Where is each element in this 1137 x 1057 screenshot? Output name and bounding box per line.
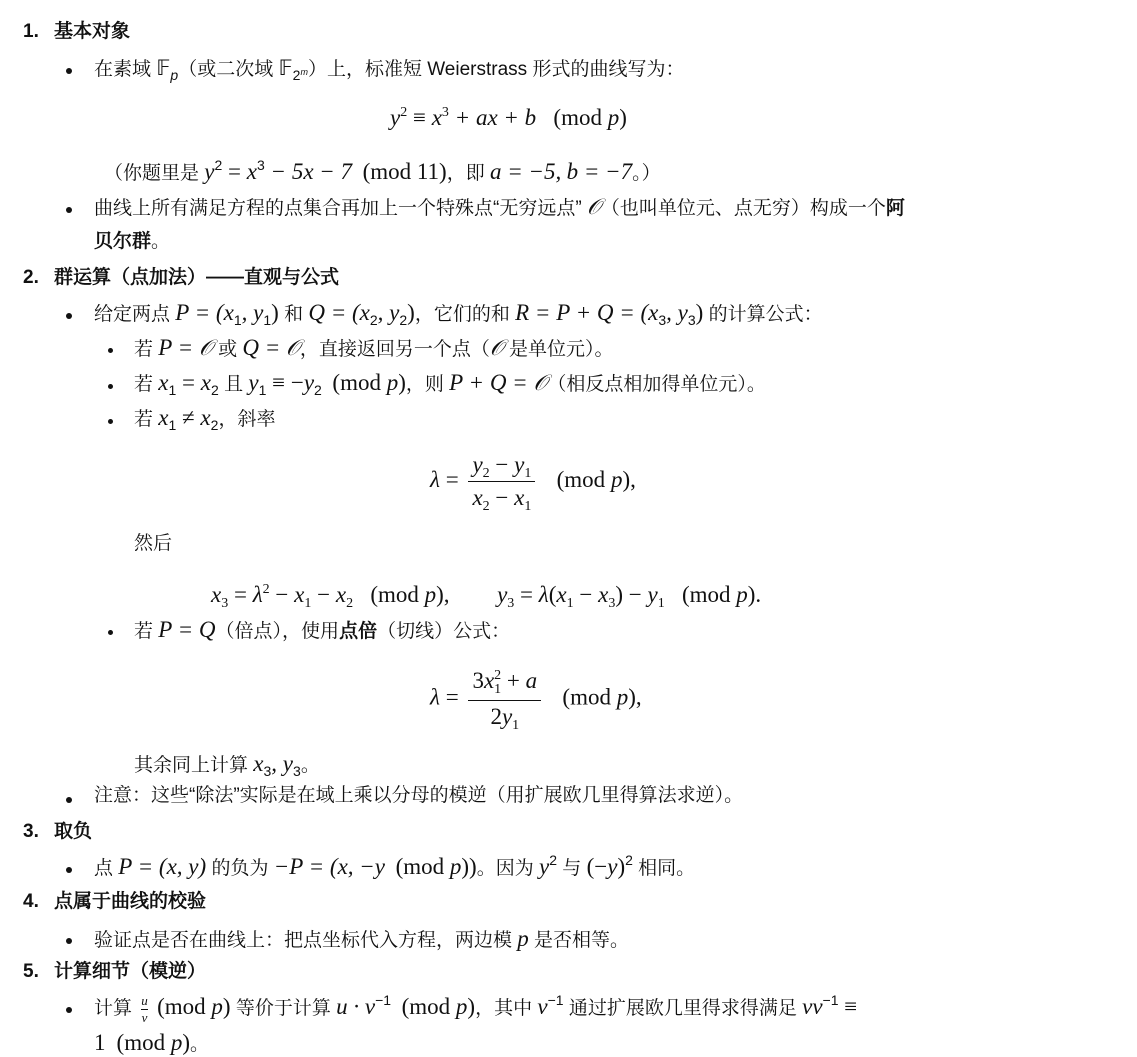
field-definition-text: 在素域 𝔽p（或二次域 𝔽2m）上，标准短 Weierstrass 形式的曲线写… [94, 56, 684, 82]
bullet-dot [66, 797, 72, 803]
bullet-dot [108, 630, 113, 635]
bullet-dot [66, 207, 72, 213]
point-addition-intro: 给定两点 P = (x1, y1) 和 Q = (x2, y2)，它们的和 R … [94, 299, 823, 327]
bullet-dot [108, 419, 113, 424]
case-identity: 若 P = 𝒪 或 Q = 𝒪，直接返回另一个点（𝒪 是单位元）。 [134, 334, 614, 362]
modular-division-text-line2: 1 (mod p)。 [94, 1029, 209, 1057]
slope-doubling-formula: λ = 3x21 + a2y1 (mod p), [430, 668, 642, 730]
bullet-dot [108, 384, 113, 389]
modular-inverse-note: 注意：这些“除法”实际是在域上乘以分母的模逆（用扩展欧几里得算法求逆）。 [94, 785, 743, 808]
bullet-dot [66, 1007, 72, 1013]
case-distinct: 若 x1 ≠ x2，斜率 [134, 404, 275, 432]
abelian-group-text: 曲线上所有满足方程的点集合再加上一个特殊点“无穷远点” 𝒪（也叫单位元、点无穷）… [94, 195, 905, 221]
modular-division-text: 计算 uv (mod p) 等价于计算 u · v−1 (mod p)，其中 v… [94, 993, 857, 1025]
example-equation-note: （你题里是 y2 = x3 − 5x − 7 (mod 11)，即 a = −5… [104, 158, 661, 186]
curve-membership-text: 验证点是否在曲线上：把点坐标代入方程，两边模 p 是否相等。 [94, 925, 629, 953]
x3-y3-formulas: x3 = λ2 − x1 − x2 (mod p), y3 = λ(x1 − x… [211, 581, 761, 609]
bullet-dot [66, 938, 72, 944]
section-3-heading: 3.取负 [23, 821, 92, 844]
negation-text: 点 P = (x, y) 的负为 −P = (x, −y (mod p))。因为… [94, 853, 695, 881]
slope-addition-formula: λ = y2 − y1x2 − x1 (mod p), [430, 452, 636, 512]
section-1-heading: 1.基本对象 [23, 21, 130, 44]
abelian-group-text-line2: 贝尔群。 [94, 231, 170, 254]
then-label: 然后 [134, 533, 172, 556]
bullet-dot [66, 68, 72, 74]
section-4-heading: 4.点属于曲线的校验 [23, 891, 206, 914]
case-doubling: 若 P = Q（倍点），使用点倍（切线）公式： [134, 616, 510, 644]
bullet-dot [66, 867, 72, 873]
case-inverse: 若 x1 = x2 且 y1 ≡ −y2 (mod p)，则 P + Q = 𝒪… [134, 369, 766, 397]
section-5-heading: 5.计算细节（模逆） [23, 961, 206, 984]
bullet-dot [66, 313, 72, 319]
bullet-dot [108, 348, 113, 353]
weierstrass-equation: y2 ≡ x3 + ax + b (mod p) [390, 104, 627, 132]
section-2-heading: 2.群运算（点加法）——直观与公式 [23, 267, 339, 290]
rest-computation-text: 其余同上计算 x3, y3。 [134, 750, 320, 778]
